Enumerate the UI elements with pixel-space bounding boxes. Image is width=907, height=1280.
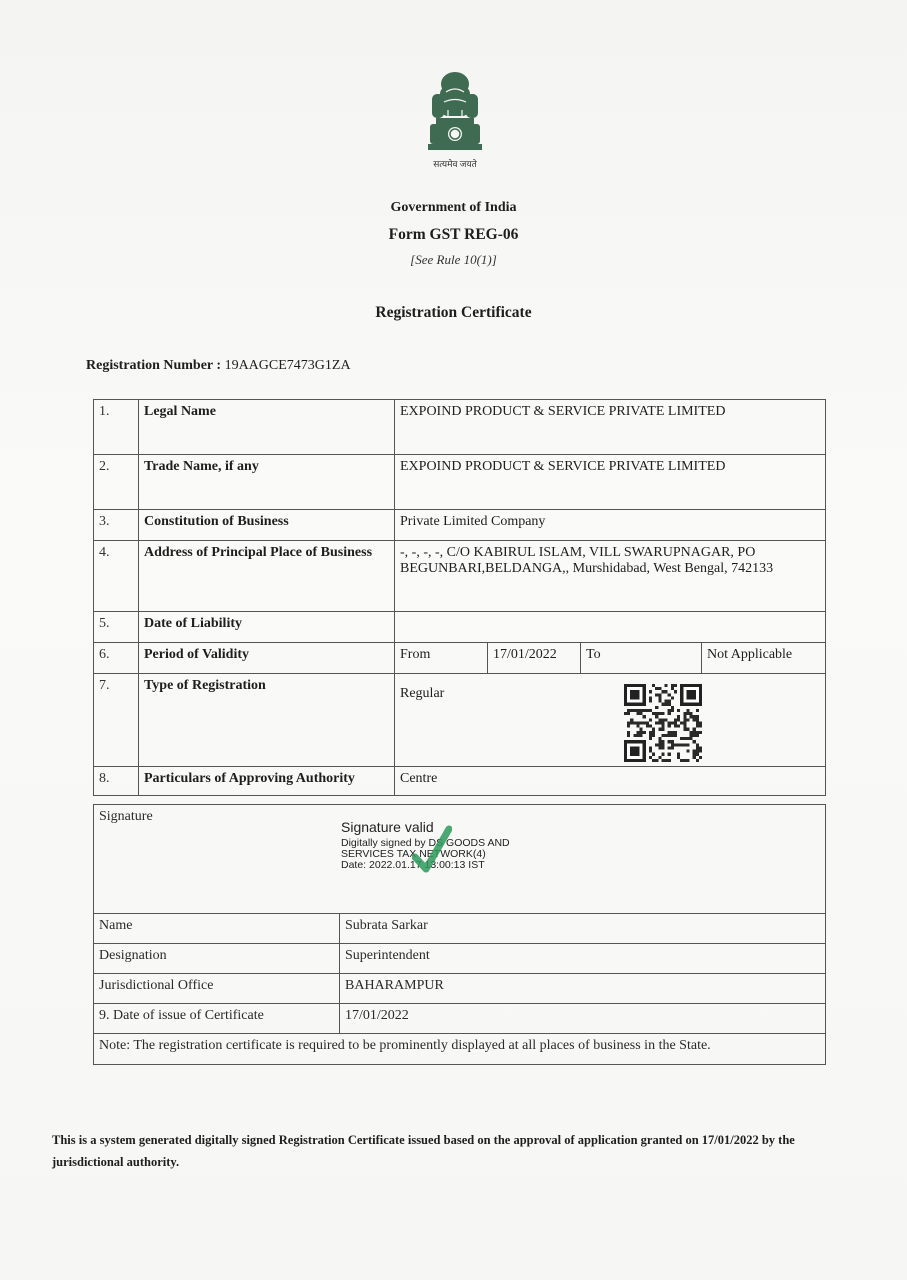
row-number: 1. xyxy=(94,400,139,455)
table-row: Note: The registration certificate is re… xyxy=(94,1034,826,1065)
row-number: 6. xyxy=(94,643,139,674)
issue-date-label: 9. Date of issue of Certificate xyxy=(94,1004,340,1034)
certificate-page: सत्यमेव जयते Government of India Form GS… xyxy=(0,0,907,1280)
issue-date-value: 17/01/2022 xyxy=(340,1004,826,1034)
validity-to-label: To xyxy=(581,643,702,674)
registration-number-value: 19AAGCE7473G1ZA xyxy=(225,358,351,373)
row-number: 8. xyxy=(94,767,139,796)
table-row: 6. Period of Validity From 17/01/2022 To… xyxy=(94,643,826,674)
signatory-name-value: Subrata Sarkar xyxy=(340,914,826,944)
row-label: Date of Liability xyxy=(139,612,395,643)
signatory-name-label: Name xyxy=(94,914,340,944)
table-row: 1. Legal Name EXPOIND PRODUCT & SERVICE … xyxy=(94,400,826,455)
signature-row: Signature Signature valid Digitally sign… xyxy=(94,805,826,914)
table-row: 7. Type of Registration Regular xyxy=(94,674,826,767)
table-row: 4. Address of Principal Place of Busines… xyxy=(94,541,826,612)
validity-to-value: Not Applicable xyxy=(702,643,826,674)
registration-number-label: Registration Number : xyxy=(86,358,221,373)
rule-reference: [See Rule 10(1)] xyxy=(0,252,907,268)
signature-table: Signature Signature valid Digitally sign… xyxy=(93,804,826,1065)
row-number: 4. xyxy=(94,541,139,612)
row-label: Period of Validity xyxy=(139,643,395,674)
row-number: 3. xyxy=(94,510,139,541)
registration-type-value: Regular xyxy=(400,678,820,702)
signature-label: Signature xyxy=(99,809,153,824)
row-label: Address of Principal Place of Business xyxy=(139,541,395,612)
row-label: Type of Registration xyxy=(139,674,395,767)
row-number: 7. xyxy=(94,674,139,767)
qr-code-icon xyxy=(624,684,702,762)
table-row: 8. Particulars of Approving Authority Ce… xyxy=(94,767,826,796)
table-row: 9. Date of issue of Certificate 17/01/20… xyxy=(94,1004,826,1034)
table-row: 5. Date of Liability xyxy=(94,612,826,643)
row-label: Legal Name xyxy=(139,400,395,455)
jurisdictional-office-value: BAHARAMPUR xyxy=(340,974,826,1004)
table-row: 2. Trade Name, if any EXPOIND PRODUCT & … xyxy=(94,455,826,510)
row-label: Trade Name, if any xyxy=(139,455,395,510)
signature-cell: Signature Signature valid Digitally sign… xyxy=(94,805,826,914)
table-row: Designation Superintendent xyxy=(94,944,826,974)
approving-authority-value: Centre xyxy=(395,767,826,796)
constitution-value: Private Limited Company xyxy=(395,510,826,541)
trade-name-value: EXPOIND PRODUCT & SERVICE PRIVATE LIMITE… xyxy=(395,455,826,510)
table-row: Name Subrata Sarkar xyxy=(94,914,826,944)
date-of-liability-value xyxy=(395,612,826,643)
government-heading: Government of India xyxy=(0,200,907,216)
validity-from-label: From xyxy=(395,643,488,674)
legal-name-value: EXPOIND PRODUCT & SERVICE PRIVATE LIMITE… xyxy=(395,400,826,455)
display-note: Note: The registration certificate is re… xyxy=(94,1034,826,1065)
validity-from-date: 17/01/2022 xyxy=(488,643,581,674)
table-row: 3. Constitution of Business Private Limi… xyxy=(94,510,826,541)
registration-number: Registration Number : 19AAGCE7473G1ZA xyxy=(86,358,351,374)
signature-valid-check-icon xyxy=(412,825,452,877)
table-row: Jurisdictional Office BAHARAMPUR xyxy=(94,974,826,1004)
row-label: Constitution of Business xyxy=(139,510,395,541)
form-heading: Form GST REG-06 xyxy=(0,226,907,244)
designation-value: Superintendent xyxy=(340,944,826,974)
details-table: 1. Legal Name EXPOIND PRODUCT & SERVICE … xyxy=(93,399,826,796)
designation-label: Designation xyxy=(94,944,340,974)
jurisdictional-office-label: Jurisdictional Office xyxy=(94,974,340,1004)
certificate-title: Registration Certificate xyxy=(0,304,907,322)
registration-type-cell: Regular xyxy=(395,674,826,767)
row-number: 2. xyxy=(94,455,139,510)
address-value: -, -, -, -, C/O KABIRUL ISLAM, VILL SWAR… xyxy=(395,541,826,612)
system-generated-footer: This is a system generated digitally sig… xyxy=(52,1130,867,1174)
row-label: Particulars of Approving Authority xyxy=(139,767,395,796)
emblem-motto: सत्यमेव जयते xyxy=(400,157,510,170)
row-number: 5. xyxy=(94,612,139,643)
